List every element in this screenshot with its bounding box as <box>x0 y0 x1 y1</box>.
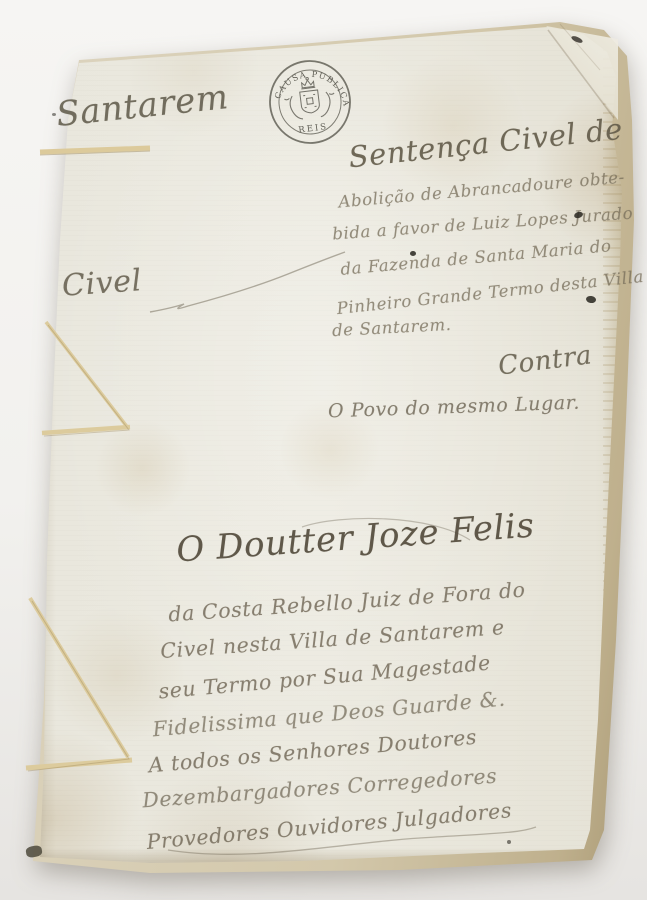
stamp-seal-icon: CAUSA PUBLICA REIS <box>261 53 359 151</box>
shield-icon <box>300 90 321 114</box>
tax-stamp: CAUSA PUBLICA REIS <box>261 53 359 151</box>
ink-speck <box>52 113 56 116</box>
ink-speck <box>507 840 511 844</box>
binding-edge <box>36 60 56 870</box>
photo-background: CAUSA PUBLICA REIS Santarem <box>0 0 647 900</box>
ink-blot <box>410 251 416 256</box>
stamp-bottom-text: REIS <box>298 122 329 136</box>
case-type-label: Civel <box>61 263 143 303</box>
laurel-ornament-icon <box>284 91 337 121</box>
